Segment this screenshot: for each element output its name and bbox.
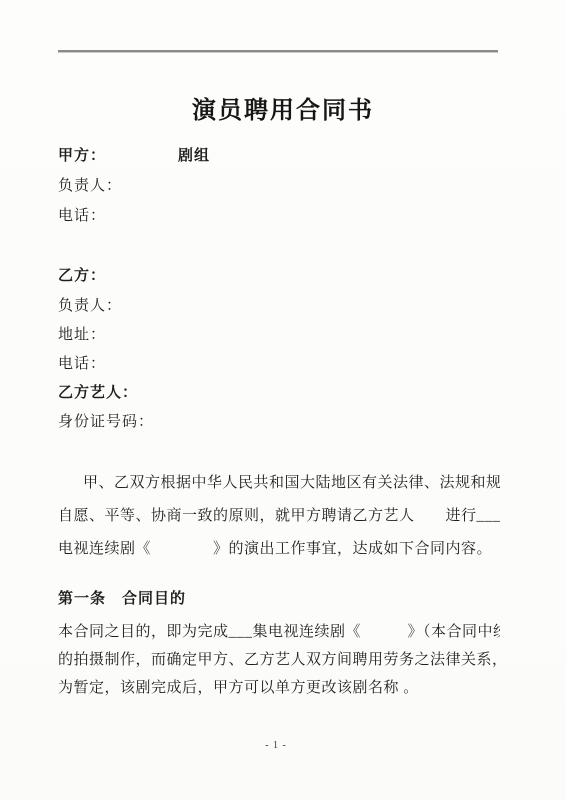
preamble-paragraph: 甲、乙双方根据中华人民共和国大陆地区有关法律、法规和规定，按照 自愿、平等、协商… (58, 467, 500, 566)
document-title: 演员聘用合同书 (0, 90, 566, 125)
article-1-line-1: 本合同之目的，即为完成___集电视连续剧《 》（本合同中统称：该剧） (58, 618, 500, 646)
party-b-address-row: 地址： (58, 325, 506, 345)
party-a-label: 甲方： (58, 148, 106, 164)
party-b-row: 乙方： (58, 266, 506, 286)
party-b-id-row: 身份证号码： (58, 412, 506, 432)
preamble-line-3: 电视连续剧《 》的演出工作事宜，达成如下合同内容。 (58, 533, 500, 566)
party-b-address-label: 地址： (58, 327, 106, 343)
party-b-artist-label: 乙方艺人： (58, 385, 138, 401)
party-a-phone-row: 电话： (58, 206, 506, 226)
party-b-contact-row: 负责人： (58, 296, 506, 316)
header-rule (58, 50, 498, 53)
party-a-phone-label: 电话： (58, 208, 106, 224)
party-b-id-label: 身份证号码： (58, 414, 154, 430)
article-1-heading: 第一条 合同目的 (58, 589, 186, 609)
party-a-contact-label: 负责人： (58, 178, 122, 194)
party-a-contact-row: 负责人： (58, 176, 506, 196)
contract-document-page: 演员聘用合同书 甲方： 剧组 负责人： 电话： 乙方： 负责人： 地址： 电话：… (0, 0, 566, 800)
article-1-paragraph: 本合同之目的，即为完成___集电视连续剧《 》（本合同中统称：该剧） 的拍摄制作… (58, 618, 500, 702)
article-1-line-3: 为暂定，该剧完成后，甲方可以单方更改该剧名称 。 (58, 674, 500, 702)
party-b-phone-row: 电话： (58, 354, 506, 374)
preamble-line-1: 甲、乙双方根据中华人民共和国大陆地区有关法律、法规和规定，按照 (58, 467, 500, 500)
article-1-line-2: 的拍摄制作，而确定甲方、乙方艺人双方间聘用劳务之法律关系，该剧名称 (58, 646, 500, 674)
party-a-value: 剧组 (178, 146, 210, 166)
party-b-label: 乙方： (58, 268, 106, 284)
party-b-phone-label: 电话： (58, 356, 106, 372)
page-number: - 1 - (0, 740, 552, 751)
party-b-contact-label: 负责人： (58, 298, 122, 314)
preamble-line-2: 自愿、平等、协商一致的原则，就甲方聘请乙方艺人 进行___集（暂定） (58, 500, 500, 533)
party-b-artist-row: 乙方艺人： (58, 383, 506, 403)
party-a-row: 甲方： 剧组 (58, 146, 506, 166)
